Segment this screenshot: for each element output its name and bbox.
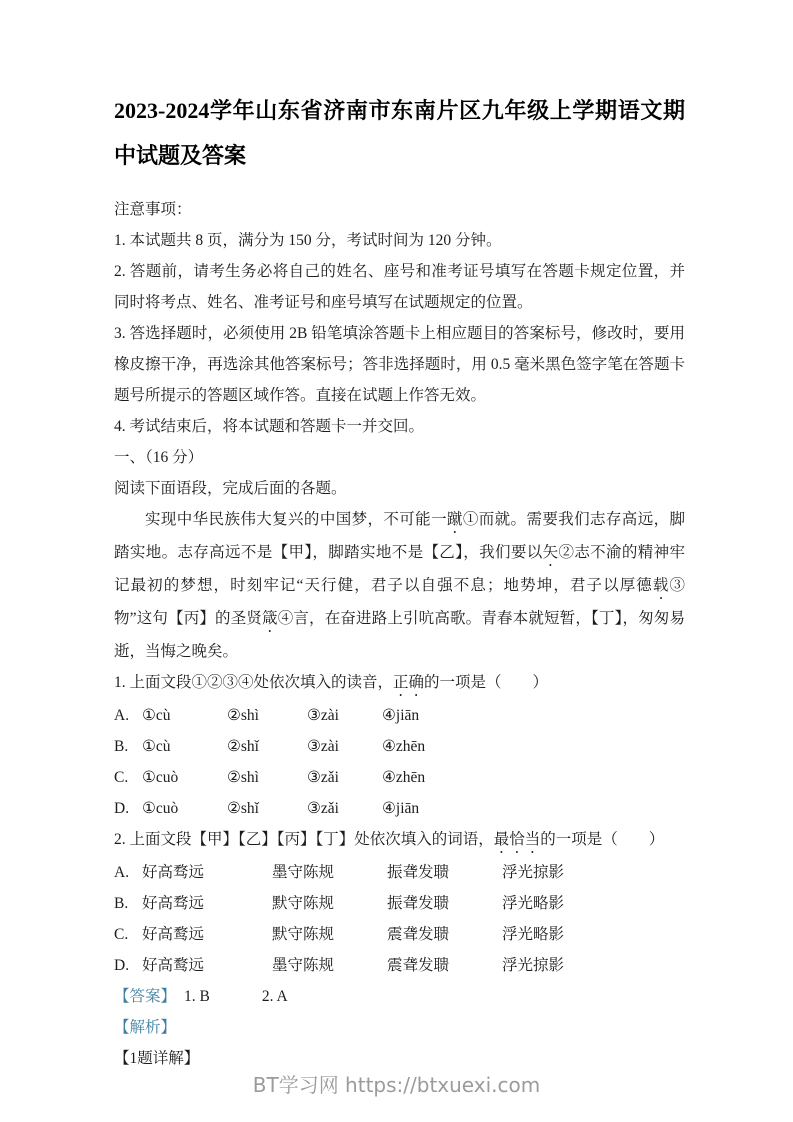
option-item: ③zài bbox=[307, 700, 382, 731]
answer-q1-value: 1. B bbox=[184, 988, 210, 1005]
option-label: A. bbox=[114, 857, 142, 888]
option-item: 墨守陈规 bbox=[272, 857, 387, 888]
option-item: 默守陈规 bbox=[272, 888, 387, 919]
option-item: 墨守陈规 bbox=[272, 950, 387, 981]
option-item: ④zhēn bbox=[382, 731, 425, 762]
text-segment: 实现中华民族伟大复兴的中国梦，不可能一 bbox=[145, 511, 447, 528]
notice-item-1: 1. 本试题共 8 页，满分为 150 分，考试时间为 120 分钟。 bbox=[114, 225, 685, 256]
emphasized-text: 箴 bbox=[262, 610, 278, 627]
emphasized-text: 蹴 bbox=[447, 511, 463, 528]
option-item: ②shì bbox=[227, 762, 307, 793]
option-item: ②shǐ bbox=[227, 793, 307, 824]
option-item: ③zài bbox=[307, 731, 382, 762]
answer-q2-value: 2. A bbox=[262, 988, 288, 1005]
option-item: 振聋发聩 bbox=[387, 888, 502, 919]
question-1-option-b: B. ①cù ②shǐ ③zài ④zhēn bbox=[114, 731, 685, 762]
option-item: 浮光掠影 bbox=[502, 950, 564, 981]
option-item: ②shì bbox=[227, 700, 307, 731]
emphasized-text: 最恰当 bbox=[494, 831, 541, 848]
emphasized-text: 正确 bbox=[393, 674, 424, 691]
option-item: ②shǐ bbox=[227, 731, 307, 762]
option-item: 好高鹜远 bbox=[142, 919, 272, 950]
option-item: ①cuò bbox=[142, 793, 227, 824]
option-item: 默守陈规 bbox=[272, 919, 387, 950]
document-page: 2023-2024学年山东省济南市东南片区九年级上学期语文期中试题及答案 注意事… bbox=[0, 0, 793, 1122]
question-2-option-a: A. 好高骛远 墨守陈规 振聋发聩 浮光掠影 bbox=[114, 857, 685, 888]
option-item: 振聋发聩 bbox=[387, 857, 502, 888]
option-item: ④jiān bbox=[382, 700, 419, 731]
notice-item-4: 4. 考试结束后，将本试题和答题卡一并交回。 bbox=[114, 411, 685, 442]
section-heading: 一、（16 分） bbox=[114, 442, 685, 473]
option-item: ④jiān bbox=[382, 793, 419, 824]
section-intro: 阅读下面语段，完成后面的各题。 bbox=[114, 473, 685, 504]
option-label: D. bbox=[114, 950, 142, 981]
question-2-option-c: C. 好高鹜远 默守陈规 震聋发聩 浮光略影 bbox=[114, 919, 685, 950]
passage-paragraph: 实现中华民族伟大复兴的中国梦，不可能一蹴①而就。需要我们志存高远，脚踏实地。志存… bbox=[114, 504, 685, 667]
option-item: 震聋发聩 bbox=[387, 950, 502, 981]
emphasized-text: 矢 bbox=[543, 544, 559, 561]
option-item: 震聋发聩 bbox=[387, 919, 502, 950]
notice-item-3: 3. 答选择题时，必须使用 2B 铅笔填涂答题卡上相应题目的答案标号，修改时，要… bbox=[114, 318, 685, 411]
option-item: ①cù bbox=[142, 731, 227, 762]
option-item: 浮光掠影 bbox=[502, 857, 564, 888]
option-item: 好高骛远 bbox=[142, 888, 272, 919]
analysis-label: 【解析】 bbox=[114, 1012, 685, 1043]
option-item: ③zǎi bbox=[307, 762, 382, 793]
option-item: ③zǎi bbox=[307, 793, 382, 824]
text-segment: 的一项是（ ） bbox=[540, 831, 664, 848]
question-2-option-b: B. 好高骛远 默守陈规 振聋发聩 浮光略影 bbox=[114, 888, 685, 919]
text-segment: 的一项是（ ） bbox=[424, 674, 548, 691]
site-watermark: BT学习网 https://btxuexi.com bbox=[0, 1069, 793, 1098]
option-label: C. bbox=[114, 919, 142, 950]
question-1-option-c: C. ①cuò ②shì ③zǎi ④zhēn bbox=[114, 762, 685, 793]
option-item: ④zhēn bbox=[382, 762, 425, 793]
question-1-option-a: A. ①cù ②shì ③zài ④jiān bbox=[114, 700, 685, 731]
option-item: 浮光略影 bbox=[502, 888, 564, 919]
option-label: A. bbox=[114, 700, 142, 731]
notice-item-2: 2. 答题前，请考生务必将自己的姓名、座号和准考证号填写在答题卡规定位置，并同时… bbox=[114, 256, 685, 318]
notice-heading: 注意事项： bbox=[114, 194, 685, 225]
option-item: 浮光略影 bbox=[502, 919, 564, 950]
option-label: D. bbox=[114, 793, 142, 824]
emphasized-text: 载 bbox=[653, 577, 670, 594]
question-1-option-d: D. ①cuò ②shǐ ③zǎi ④jiān bbox=[114, 793, 685, 824]
option-item: 好高鹜远 bbox=[142, 950, 272, 981]
answer-line: 【答案】1. B2. A bbox=[114, 981, 685, 1012]
document-title: 2023-2024学年山东省济南市东南片区九年级上学期语文期中试题及答案 bbox=[114, 88, 685, 178]
option-label: C. bbox=[114, 762, 142, 793]
option-label: B. bbox=[114, 888, 142, 919]
text-segment: 1. 上面文段①②③④处依次填入的读音， bbox=[114, 674, 393, 691]
option-item: ①cù bbox=[142, 700, 227, 731]
question-1-stem: 1. 上面文段①②③④处依次填入的读音，正确的一项是（ ） bbox=[114, 667, 685, 700]
question-2-option-d: D. 好高鹜远 墨守陈规 震聋发聩 浮光掠影 bbox=[114, 950, 685, 981]
option-item: ①cuò bbox=[142, 762, 227, 793]
question-2-stem: 2. 上面文段【甲】【乙】【丙】【丁】处依次填入的词语，最恰当的一项是（ ） bbox=[114, 824, 685, 857]
text-segment: 2. 上面文段【甲】【乙】【丙】【丁】处依次填入的词语， bbox=[114, 831, 494, 848]
answer-label: 【答案】 bbox=[114, 988, 176, 1005]
option-label: B. bbox=[114, 731, 142, 762]
option-item: 好高骛远 bbox=[142, 857, 272, 888]
